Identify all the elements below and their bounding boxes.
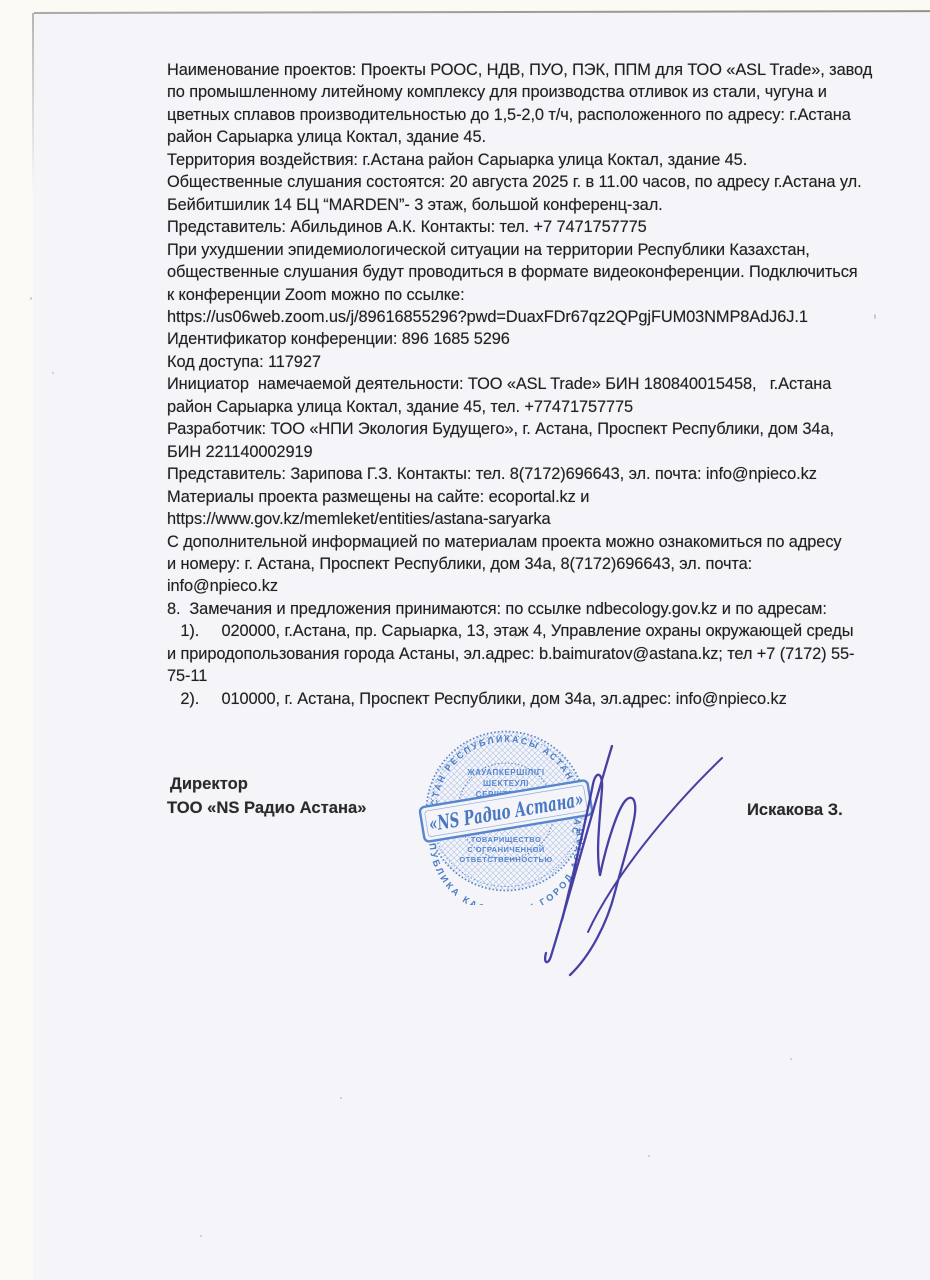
doc-line: Код доступа: 117927 (167, 351, 887, 373)
scan-speck (200, 1235, 202, 1237)
doc-line: общественные слушания будут проводиться … (167, 261, 887, 283)
scan-speck (52, 372, 54, 374)
scan-speck (648, 1155, 650, 1157)
doc-line: Материалы проекта размещены на сайте: ec… (167, 486, 887, 508)
doc-line: При ухудшении эпидемиологической ситуаци… (167, 239, 887, 261)
scan-speck (30, 297, 32, 300)
doc-line-gov-url: https://www.gov.kz/memleket/entities/ast… (167, 508, 887, 530)
doc-line: Наименование проектов: Проекты РООС, НДВ… (167, 59, 887, 81)
doc-line: Территория воздействия: г.Астана район С… (167, 149, 887, 171)
doc-line: и природопользования города Астаны, эл.а… (167, 643, 887, 665)
doc-line: info@npieco.kz (167, 575, 887, 597)
scan-speck (514, 636, 516, 638)
scan-speck (340, 1097, 342, 1099)
scan-speck (874, 314, 876, 319)
paper-left-edge (32, 13, 34, 193)
doc-line: к конференции Zoom можно по ссылке: (167, 284, 887, 306)
doc-line: и номеру: г. Астана, Проспект Республики… (167, 553, 887, 575)
doc-line: Представитель: Абильдинов А.К. Контакты:… (167, 216, 887, 238)
director-title: Директор (170, 774, 248, 794)
doc-line: район Сарыарка улица Коктал, здание 45. (167, 126, 887, 148)
scanned-page: Наименование проектов: Проекты РООС, НДВ… (0, 0, 930, 1280)
doc-line: 2). 010000, г. Астана, Проспект Республи… (167, 688, 887, 710)
scan-speck (790, 1058, 792, 1060)
doc-line-zoom-url: https://us06web.zoom.us/j/89616855296?pw… (167, 306, 887, 328)
stamp-kazakh-line: ШЕКТЕУЛІ (483, 779, 529, 788)
doc-line: Общественные слушания состоятся: 20 авгу… (167, 171, 887, 193)
doc-line: Представитель: Зарипова Г.З. Контакты: т… (167, 463, 887, 485)
doc-line: район Сарыарка улица Коктал, здание 45, … (167, 396, 887, 418)
signer-name: Искакова З. (747, 800, 843, 820)
doc-line: Бейбитшилик 14 БЦ “MARDEN”- 3 этаж, боль… (167, 194, 887, 216)
doc-line: 75-11 (167, 665, 887, 687)
document-text: Наименование проектов: Проекты РООС, НДВ… (167, 59, 887, 710)
handwritten-signature (530, 728, 740, 988)
doc-line: Идентификатор конференции: 896 1685 5296 (167, 328, 887, 350)
doc-line: Инициатор намечаемой деятельности: ТОО «… (167, 373, 887, 395)
doc-line: цветных сплавов производительностью до 1… (167, 104, 887, 126)
doc-line: по промышленному литейному комплексу для… (167, 81, 887, 103)
doc-line: 1). 020000, г.Астана, пр. Сарыарка, 13, … (167, 620, 887, 642)
doc-line: 8. Замечания и предложения принимаются: … (167, 598, 887, 620)
company-name: ТОО «NS Радио Астана» (167, 798, 366, 818)
doc-line: БИН 221140002919 (167, 441, 887, 463)
doc-line: Разработчик: ТОО «НПИ Экология Будущего»… (167, 418, 887, 440)
doc-line: С дополнительной информацией по материал… (167, 531, 887, 553)
